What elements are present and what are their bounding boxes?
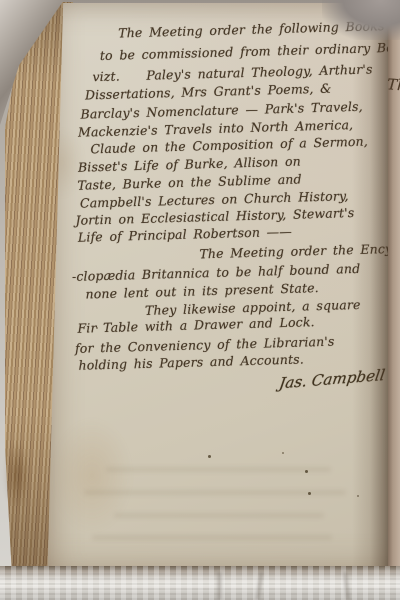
background-fabric-top-right (322, 0, 400, 40)
speck (308, 492, 311, 495)
speck (305, 470, 308, 473)
show-through-line (84, 490, 346, 495)
show-through-line (106, 467, 331, 472)
background-fabric-bottom (0, 566, 400, 600)
manuscript-page: The Meeting order the following Books to… (44, 3, 392, 571)
manuscript-photo: The Meeting order the following Books to… (0, 0, 400, 600)
show-through-line (114, 513, 324, 518)
handwritten-text-block: The Meeting order the following Books to… (65, 16, 400, 435)
facing-page-sliver: Th (388, 0, 400, 572)
show-through-line (92, 535, 332, 540)
fabric-fold (218, 572, 221, 600)
speck (208, 455, 211, 458)
manuscript-line: Fir Table with a Drawer and Lock. (77, 314, 315, 337)
edge-stain (4, 440, 30, 510)
facing-page-text: Th (387, 77, 400, 93)
speck (282, 452, 284, 454)
